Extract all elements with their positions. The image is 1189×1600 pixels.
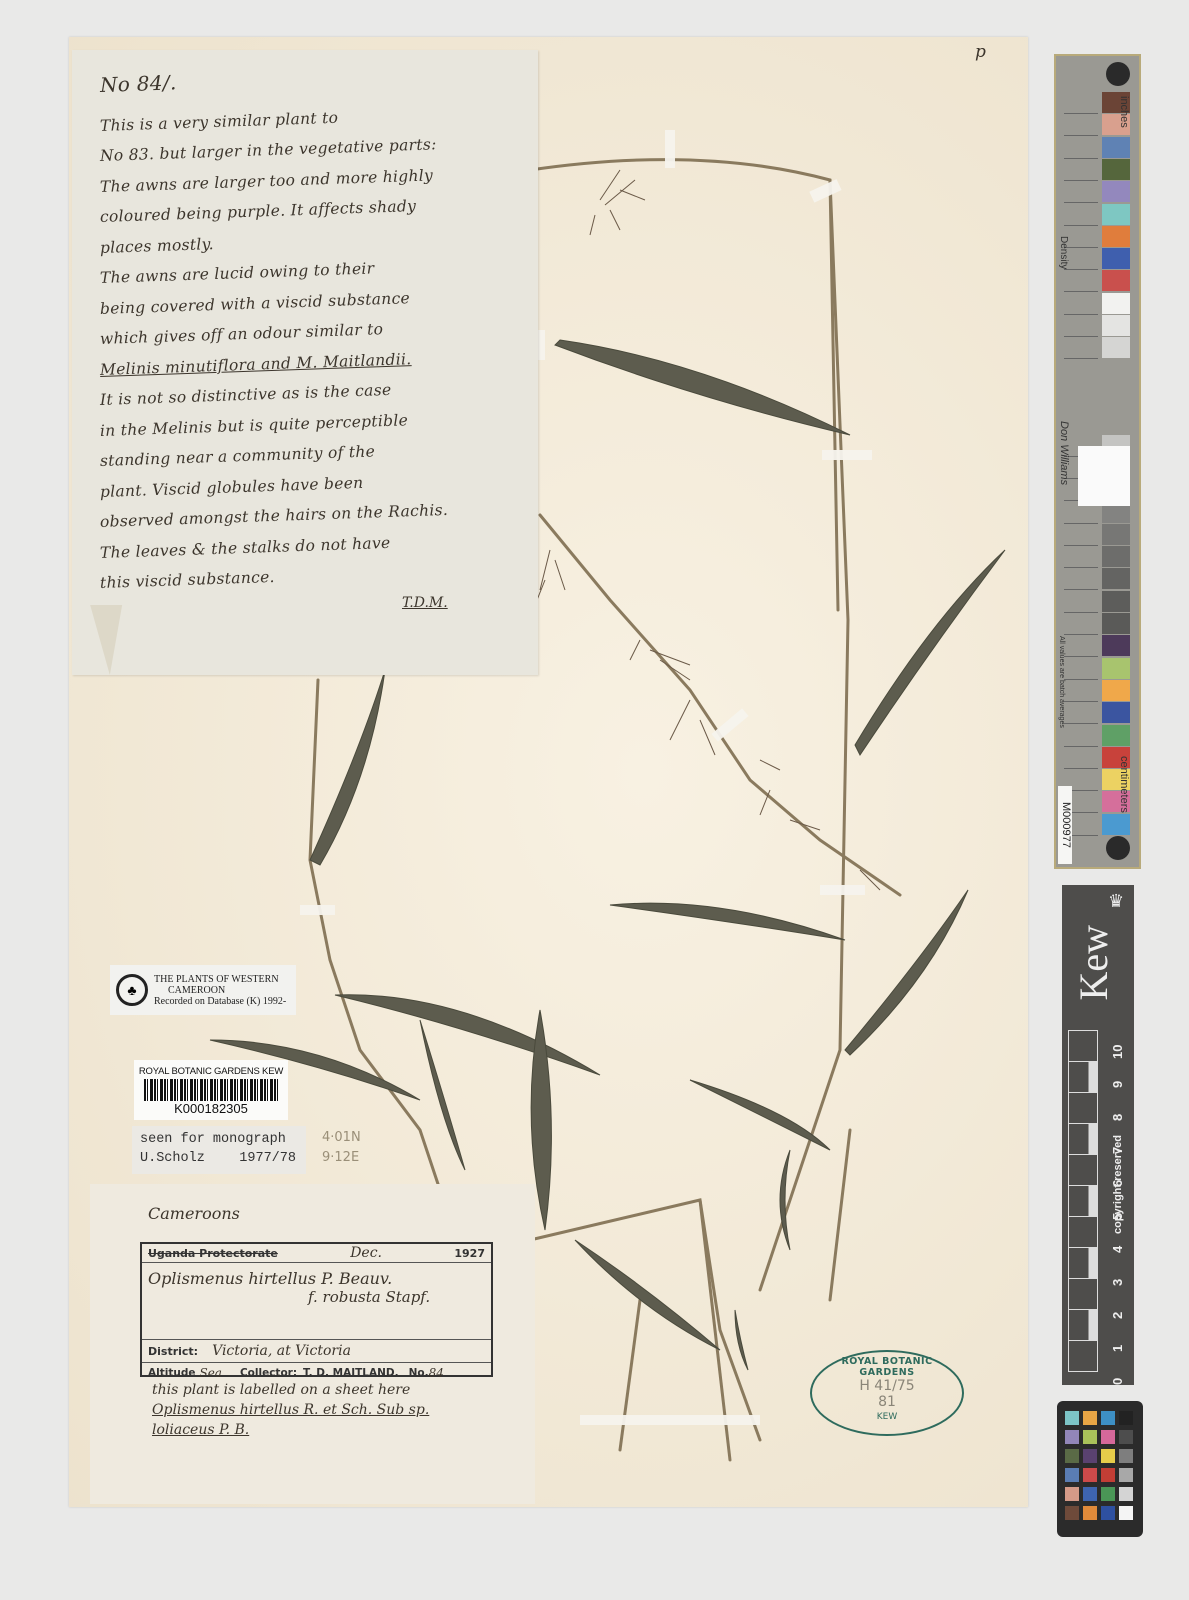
- swatch-grid-cell: [1064, 337, 1098, 359]
- color-swatch: [1102, 315, 1130, 336]
- field-note: No 84/. This is a very similar plant to …: [72, 50, 538, 675]
- field-note-number: No 84/.: [99, 55, 530, 100]
- ruler-units-bottom: centimeters: [1118, 756, 1130, 813]
- ruler-hole-icon: [1106, 62, 1130, 86]
- color-swatch: [1102, 725, 1130, 746]
- ruler-brand: Don Williams: [1058, 421, 1070, 485]
- swatch-grid-cell: [1064, 546, 1098, 568]
- monograph-year: 1977/78: [239, 1149, 296, 1168]
- scale-segment: [1068, 1185, 1098, 1217]
- color-swatch: [1102, 568, 1130, 589]
- color-patch: [1101, 1468, 1115, 1482]
- color-patch: [1083, 1449, 1097, 1463]
- monograph-author: U.Scholz: [140, 1149, 205, 1168]
- ruler-note: All values are batch averages: [1058, 636, 1065, 728]
- tick-label: 6: [1110, 1167, 1125, 1200]
- color-swatch: [1102, 546, 1130, 567]
- swatch-grid-cell: [1064, 635, 1098, 657]
- color-patch: [1101, 1449, 1115, 1463]
- scale-segment: [1068, 1247, 1098, 1279]
- barcode-institution: ROYAL BOTANIC GARDENS KEW: [134, 1066, 288, 1077]
- district-value: Victoria, at Victoria: [212, 1343, 351, 1359]
- number-value: 84: [429, 1366, 444, 1380]
- swatch-grid-cell: [1064, 293, 1098, 315]
- color-patch: [1101, 1506, 1115, 1520]
- footnote-line: Oplismenus hirtellus R. et Sch. Sub sp.: [152, 1400, 429, 1420]
- herbarium-logo-icon: ♣: [116, 974, 148, 1006]
- database-label-line1: THE PLANTS OF WESTERN: [154, 974, 286, 985]
- altitude-value: Sea: [199, 1366, 221, 1380]
- color-swatch: [1102, 226, 1130, 247]
- tick-label: 1: [1110, 1332, 1125, 1365]
- barcode-icon: [144, 1079, 278, 1101]
- swatch-grid-cell: [1064, 747, 1098, 769]
- taxon-line2: f. robusta Stapf.: [148, 1288, 485, 1306]
- ruler-hole-icon: [1106, 836, 1130, 860]
- swatch-grid-cell: [1064, 613, 1098, 635]
- swatch-grid-cell: [1064, 181, 1098, 203]
- tick-label: 9: [1110, 1068, 1125, 1101]
- color-swatch: [1102, 248, 1130, 269]
- color-patch: [1119, 1506, 1133, 1520]
- color-patch: [1065, 1487, 1079, 1501]
- tick-label: 8: [1110, 1101, 1125, 1134]
- tick-label: 4: [1110, 1233, 1125, 1266]
- color-swatch: [1102, 137, 1130, 158]
- swatch-grid-cell: [1064, 524, 1098, 546]
- color-calibration-ruler: inches centimeters Density Don Williams …: [1054, 54, 1141, 869]
- determination-label: Cameroons Uganda Protectorate Dec. 1927 …: [90, 1184, 535, 1504]
- color-patch: [1083, 1468, 1097, 1482]
- color-swatch: [1102, 680, 1130, 701]
- collection-year: 1927: [454, 1247, 485, 1260]
- color-patch: [1065, 1506, 1079, 1520]
- color-patch: [1065, 1430, 1079, 1444]
- tick-label: 2: [1110, 1299, 1125, 1332]
- label-box: Uganda Protectorate Dec. 1927 Oplismenus…: [140, 1242, 493, 1377]
- scale-segment: [1068, 1030, 1098, 1062]
- color-patch: [1101, 1430, 1115, 1444]
- color-patch: [1101, 1487, 1115, 1501]
- footnote-line: this plant is labelled on a sheet here: [152, 1380, 429, 1400]
- latitude: 4·01N: [322, 1128, 361, 1148]
- density-card: [1078, 446, 1130, 506]
- collection-month: Dec.: [350, 1245, 382, 1261]
- footnote: this plant is labelled on a sheet here O…: [152, 1380, 429, 1440]
- swatch-grid-cell: [1064, 591, 1098, 613]
- database-label: ♣ THE PLANTS OF WESTERN CAMEROON Recorde…: [110, 965, 296, 1015]
- tick-label: 5: [1110, 1200, 1125, 1233]
- swatch-grid-cell: [1064, 725, 1098, 747]
- color-swatch: [1102, 181, 1130, 202]
- swatch-grid-cell: [1064, 137, 1098, 159]
- color-patch: [1083, 1430, 1097, 1444]
- stamp-handwritten-1: H 41/75: [812, 1378, 962, 1394]
- color-patch: [1119, 1411, 1133, 1425]
- color-patch: [1119, 1430, 1133, 1444]
- color-patch: [1119, 1449, 1133, 1463]
- printed-header: Uganda Protectorate: [148, 1247, 278, 1260]
- color-swatch: [1102, 635, 1130, 656]
- color-checker-card: [1057, 1401, 1143, 1537]
- royal-crest-icon: ♛: [1108, 891, 1124, 912]
- color-swatch: [1102, 658, 1130, 679]
- density-label: Density: [1058, 236, 1069, 269]
- monograph-line1: seen for monograph: [140, 1130, 306, 1149]
- color-swatch: [1102, 591, 1130, 612]
- ruler-id: M000977: [1058, 786, 1072, 864]
- scale-segment: [1068, 1123, 1098, 1155]
- footnote-line: loliaceus P. B.: [152, 1420, 429, 1440]
- database-label-line2: CAMEROON: [154, 985, 286, 996]
- color-swatch: [1102, 270, 1130, 291]
- region-handwritten: Cameroons: [148, 1204, 240, 1223]
- swatch-grid-cell: [1064, 248, 1098, 270]
- color-swatch: [1102, 613, 1130, 634]
- district-label: District:: [148, 1345, 198, 1358]
- tick-label: 3: [1110, 1266, 1125, 1299]
- longitude: 9·12E: [322, 1148, 361, 1168]
- swatch-grid-cell: [1064, 702, 1098, 724]
- color-swatch: [1102, 702, 1130, 723]
- number-label: No.: [409, 1367, 429, 1379]
- swatch-grid-cell: [1064, 270, 1098, 292]
- swatch-grid-cell: [1064, 315, 1098, 337]
- scale-segment: [1068, 1092, 1098, 1124]
- color-patch: [1101, 1411, 1115, 1425]
- color-patch: [1083, 1411, 1097, 1425]
- ruler-units-top: inches: [1118, 96, 1130, 128]
- cm-scale: [1068, 1030, 1098, 1375]
- color-patch: [1065, 1411, 1079, 1425]
- stamp-bottom: KEW: [812, 1412, 962, 1422]
- scale-segment: [1068, 1340, 1098, 1372]
- scale-segment: [1068, 1278, 1098, 1310]
- color-swatch: [1102, 293, 1130, 314]
- scale-segment: [1068, 1309, 1098, 1341]
- swatch-grid-cell: [1064, 680, 1098, 702]
- kew-scale-bar: ♛ Kew copyright reserved 10 9 8 7 6 5 4 …: [1062, 885, 1134, 1385]
- barcode-label: ROYAL BOTANIC GARDENS KEW K000182305: [134, 1060, 288, 1120]
- corner-mark: p: [975, 42, 986, 62]
- color-patch: [1119, 1487, 1133, 1501]
- swatch-grid-cell: [1064, 568, 1098, 590]
- barcode-number: K000182305: [134, 1101, 288, 1116]
- tick-label: 7: [1110, 1134, 1125, 1167]
- color-patch: [1083, 1506, 1097, 1520]
- color-patch: [1083, 1487, 1097, 1501]
- scale-segment: [1068, 1216, 1098, 1248]
- scale-ticks: 10 9 8 7 6 5 4 3 2 1 0 cm: [1110, 1035, 1130, 1431]
- scale-segment: [1068, 1061, 1098, 1093]
- coordinates: 4·01N 9·12E: [322, 1128, 361, 1168]
- color-swatch: [1102, 159, 1130, 180]
- collector-value: T. D. MAITLAND.: [303, 1367, 399, 1379]
- kew-logo: Kew: [1070, 925, 1117, 1001]
- swatch-grid-cell: [1064, 204, 1098, 226]
- monograph-label: seen for monograph U.Scholz 1977/78: [132, 1126, 306, 1174]
- color-patch: [1065, 1449, 1079, 1463]
- field-note-signature: T.D.M.: [402, 595, 448, 611]
- kew-stamp: ROYAL BOTANIC GARDENS H 41/75 81 KEW: [810, 1350, 964, 1436]
- collector-label: Collector:: [240, 1367, 297, 1379]
- folded-corner: [78, 605, 122, 675]
- color-swatch: [1102, 814, 1130, 835]
- scale-segment: [1068, 1154, 1098, 1186]
- tick-label: 10: [1110, 1035, 1125, 1068]
- color-swatch: [1102, 204, 1130, 225]
- color-swatch: [1102, 337, 1130, 358]
- altitude-label: Altitude: [148, 1367, 195, 1379]
- swatch-grid-cell: [1064, 658, 1098, 680]
- swatch-grid-cell: [1064, 159, 1098, 181]
- color-swatch: [1102, 524, 1130, 545]
- swatch-grid-cell: [1064, 92, 1098, 114]
- stamp-handwritten-2: 81: [812, 1394, 962, 1410]
- swatch-grid-cell: [1064, 114, 1098, 136]
- color-patch: [1065, 1468, 1079, 1482]
- tick-label: 0: [1110, 1365, 1125, 1398]
- color-patch: [1119, 1468, 1133, 1482]
- stamp-top: ROYAL BOTANIC GARDENS: [812, 1356, 962, 1378]
- taxon-line1: Oplismenus hirtellus P. Beauv.: [148, 1269, 485, 1288]
- swatch-grid-cell: [1064, 226, 1098, 248]
- database-label-line3: Recorded on Database (K) 1992-: [154, 996, 286, 1007]
